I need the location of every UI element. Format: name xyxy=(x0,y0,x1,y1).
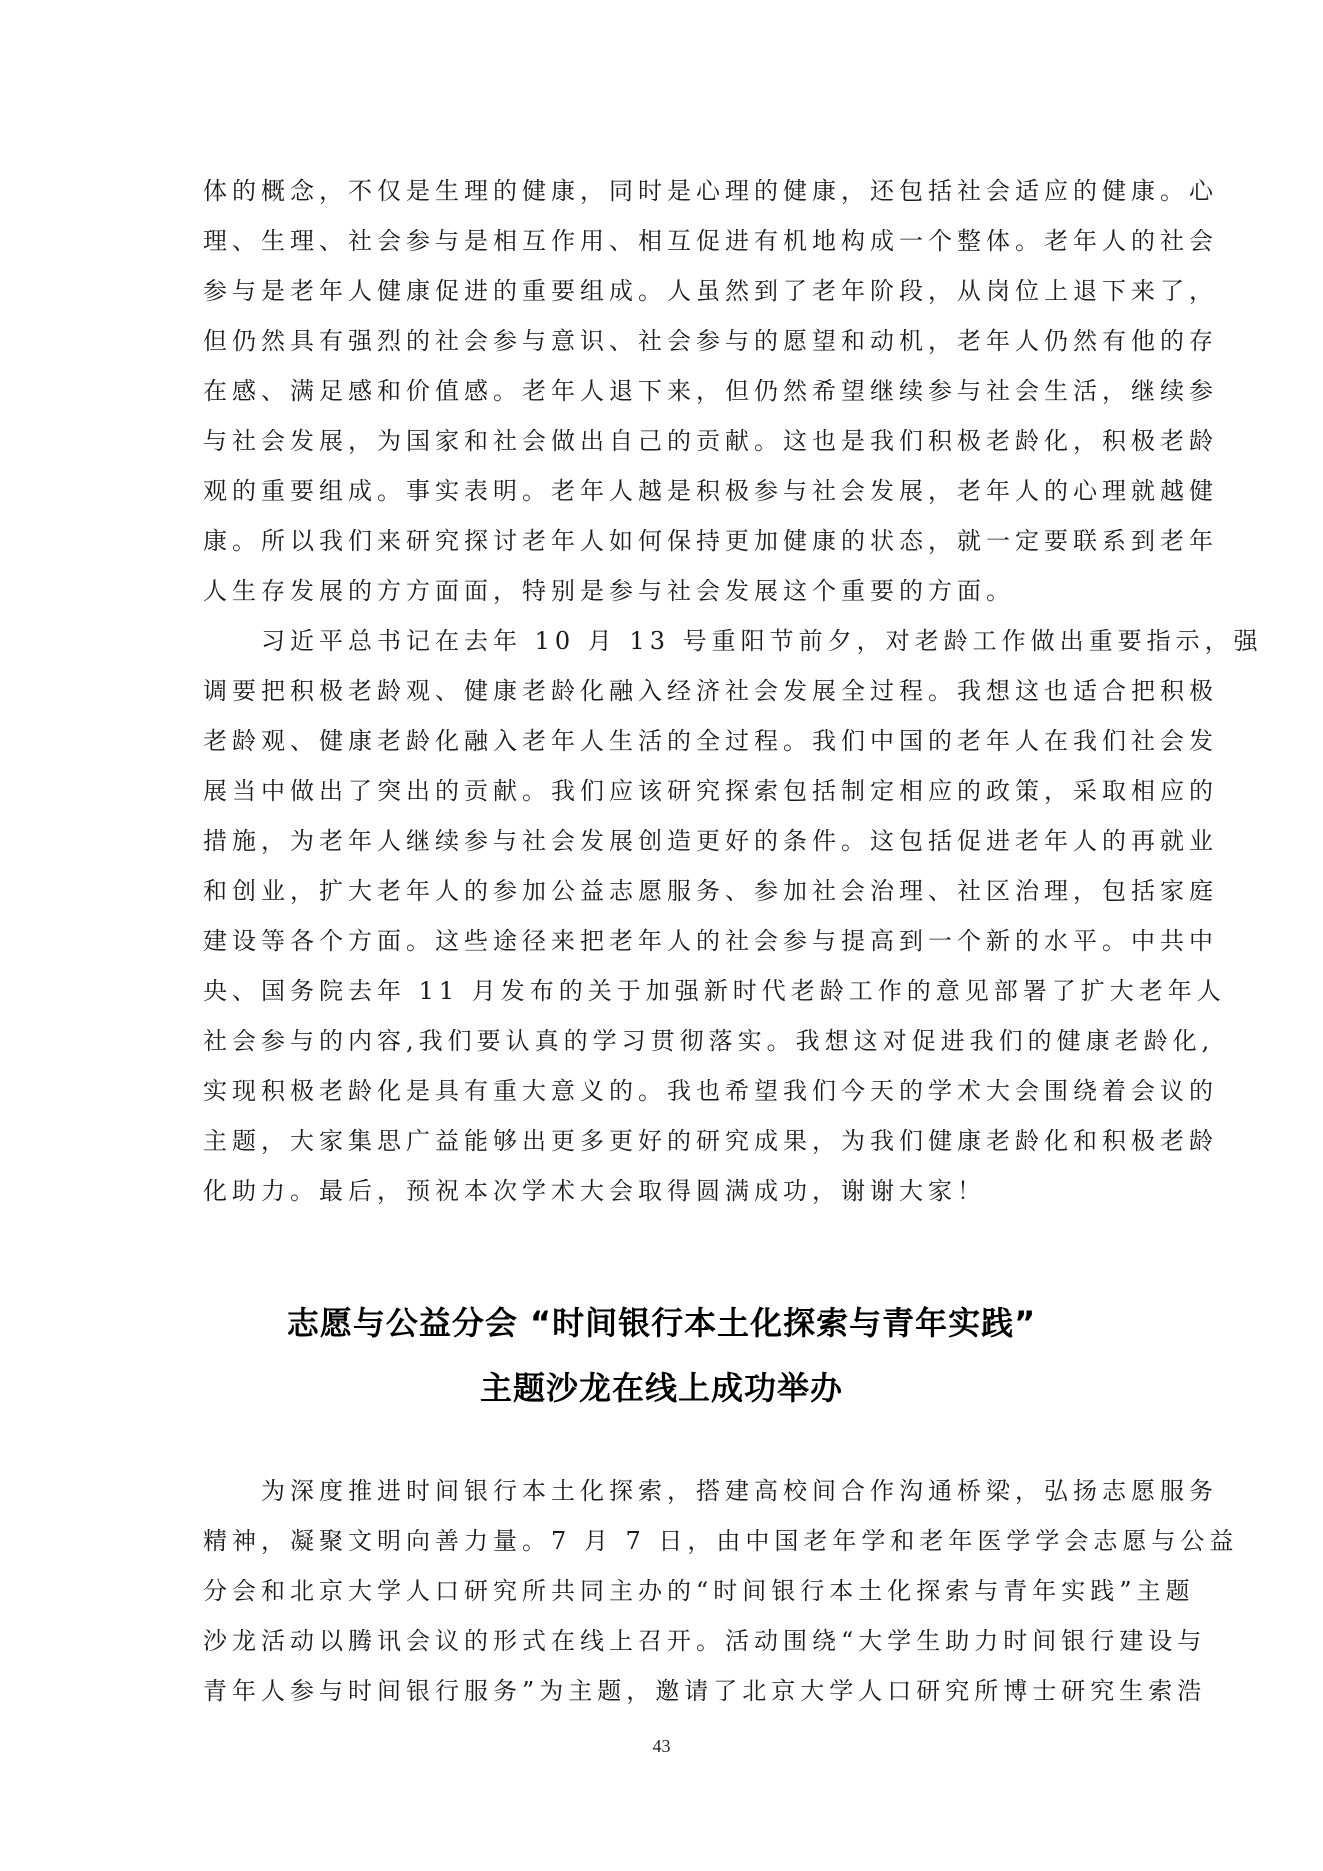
article-paragraph: 为深度推进时间银行本土化探索，搭建高校间合作沟通桥梁，弘扬志愿服务 精神，凝聚文… xyxy=(203,1466,1123,1716)
paragraph-line: 但仍然具有强烈的社会参与意识、社会参与的愿望和动机，老年人仍然有他的存 xyxy=(203,316,1123,366)
paragraph-line: 分会和北京大学人口研究所共同主办的“时间银行本土化探索与青年实践”主题 xyxy=(203,1566,1123,1616)
paragraph-line: 参与是老年人健康促进的重要组成。人虽然到了老年阶段，从岗位上退下来了， xyxy=(203,266,1123,316)
paragraph-line: 央、国务院去年 11 月发布的关于加强新时代老龄工作的意见部署了扩大老年人 xyxy=(203,966,1123,1016)
paragraph-line: 人生存发展的方方面面，特别是参与社会发展这个重要的方面。 xyxy=(203,566,1123,616)
paragraph-line: 调要把积极老龄观、健康老龄化融入经济社会发展全过程。我想这也适合把积极 xyxy=(203,666,1123,716)
document-page: 体的概念，不仅是生理的健康，同时是心理的健康，还包括社会适应的健康。心 理、生理… xyxy=(0,0,1323,1871)
article-heading-line1: 志愿与公益分会 “时间银行本土化探索与青年实践” xyxy=(0,1298,1323,1344)
paragraph-line: 在感、满足感和价值感。老年人退下来，但仍然希望继续参与社会生活，继续参 xyxy=(203,366,1123,416)
paragraph-line: 理、生理、社会参与是相互作用、相互促进有机地构成一个整体。老年人的社会 xyxy=(203,216,1123,266)
paragraph-line: 老龄观、健康老龄化融入老年人生活的全过程。我们中国的老年人在我们社会发 xyxy=(203,716,1123,766)
paragraph-line: 化助力。最后，预祝本次学术大会取得圆满成功，谢谢大家！ xyxy=(203,1166,1123,1216)
paragraph-line: 和创业，扩大老年人的参加公益志愿服务、参加社会治理、社区治理，包括家庭 xyxy=(203,866,1123,916)
page-number: 43 xyxy=(0,1736,1323,1757)
paragraph-line: 与社会发展，为国家和社会做出自己的贡献。这也是我们积极老龄化，积极老龄 xyxy=(203,416,1123,466)
paragraph-line: 精神，凝聚文明向善力量。7 月 7 日，由中国老年学和老年医学学会志愿与公益 xyxy=(203,1516,1123,1566)
paragraph-line: 青年人参与时间银行服务”为主题，邀请了北京大学人口研究所博士研究生索浩 xyxy=(203,1666,1123,1716)
paragraph-line: 为深度推进时间银行本土化探索，搭建高校间合作沟通桥梁，弘扬志愿服务 xyxy=(203,1466,1123,1516)
speech-paragraph: 习近平总书记在去年 10 月 13 号重阳节前夕，对老龄工作做出重要指示，强 调… xyxy=(203,616,1123,1216)
paragraph-line: 观的重要组成。事实表明。老年人越是积极参与社会发展，老年人的心理就越健 xyxy=(203,466,1123,516)
continued-paragraph: 体的概念，不仅是生理的健康，同时是心理的健康，还包括社会适应的健康。心 理、生理… xyxy=(203,166,1123,616)
paragraph-line: 社会参与的内容,我们要认真的学习贯彻落实。我想这对促进我们的健康老龄化, xyxy=(203,1016,1123,1066)
paragraph-line: 习近平总书记在去年 10 月 13 号重阳节前夕，对老龄工作做出重要指示，强 xyxy=(203,616,1123,666)
paragraph-line: 实现积极老龄化是具有重大意义的。我也希望我们今天的学术大会围绕着会议的 xyxy=(203,1066,1123,1116)
paragraph-line: 沙龙活动以腾讯会议的形式在线上召开。活动围绕“大学生助力时间银行建设与 xyxy=(203,1616,1123,1666)
article-heading-line2: 主题沙龙在线上成功举办 xyxy=(0,1363,1323,1409)
paragraph-line: 体的概念，不仅是生理的健康，同时是心理的健康，还包括社会适应的健康。心 xyxy=(203,166,1123,216)
paragraph-line: 康。所以我们来研究探讨老年人如何保持更加健康的状态，就一定要联系到老年 xyxy=(203,516,1123,566)
paragraph-line: 建设等各个方面。这些途径来把老年人的社会参与提高到一个新的水平。中共中 xyxy=(203,916,1123,966)
paragraph-line: 展当中做出了突出的贡献。我们应该研究探索包括制定相应的政策，采取相应的 xyxy=(203,766,1123,816)
paragraph-line: 主题，大家集思广益能够出更多更好的研究成果，为我们健康老龄化和积极老龄 xyxy=(203,1116,1123,1166)
paragraph-line: 措施，为老年人继续参与社会发展创造更好的条件。这包括促进老年人的再就业 xyxy=(203,816,1123,866)
